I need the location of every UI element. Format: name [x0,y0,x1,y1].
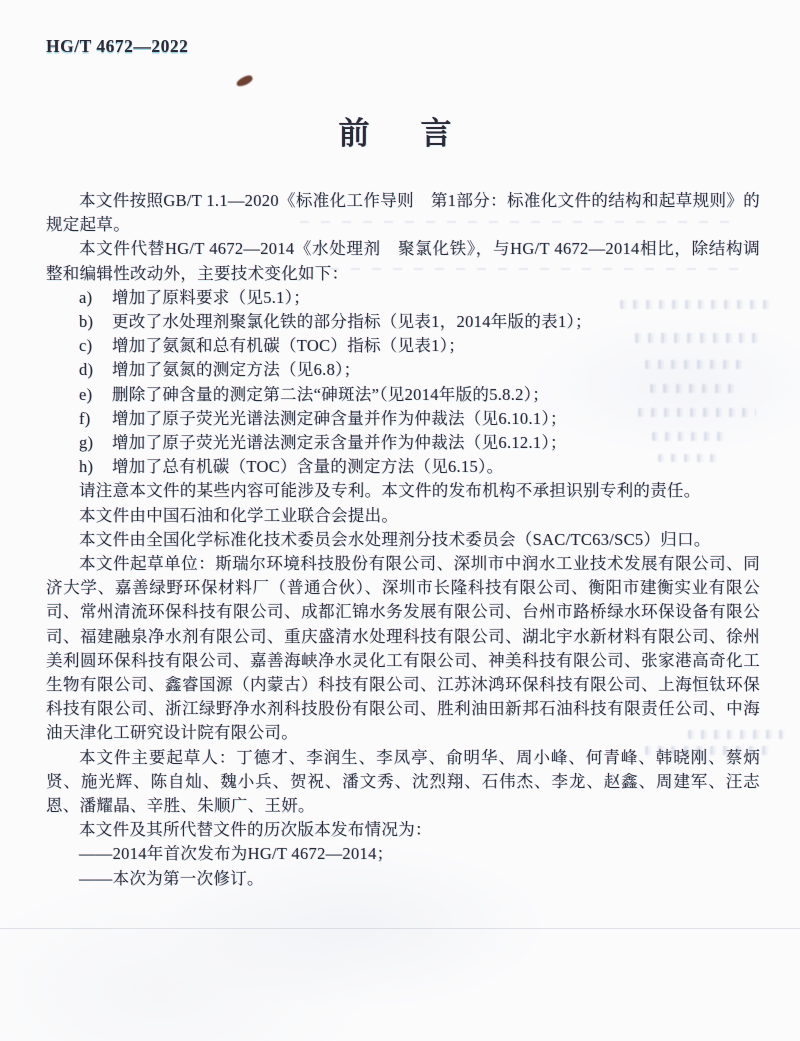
centralizing-committee: 本文件由全国化学标准化技术委员会水处理剂分技术委员会（SAC/TC63/SC5）… [46,528,760,552]
bleed-through-ghost-line [300,221,740,223]
change-item-text: 删除了砷含量的测定第二法“砷斑法”（见2014年版的5.8.2）； [112,385,549,404]
change-item-text: 增加了原子荧光光谱法测定砷含量并作为仲裁法（见6.10.1）； [112,409,567,428]
proposing-organization: 本文件由中国石油和化学工业联合会提出。 [46,504,760,528]
bleed-through-ghost-text [635,333,765,343]
change-item-label: h) [79,455,112,479]
change-item-label: g) [79,431,112,455]
bleed-through-ghost-text [650,384,735,393]
change-item-label: f) [79,407,112,431]
bleed-through-ghost-text [620,300,770,309]
bleed-through-ghost-text [658,454,720,462]
bleed-through-ghost-text [645,360,745,369]
replacement-paragraph: 本文件代替HG/T 4672—2014《水处理剂 聚氯化铁》，与HG/T 467… [46,237,760,285]
change-item-text: 增加了总有机碳（TOC）含量的测定方法（见6.15）。 [112,457,503,476]
history-item-first-release: ——2014年首次发布为HG/T 4672—2014； [46,842,760,866]
scanned-standard-page: HG/T 4672—2022 前 言 本文件按照GB/T 1.1—2020《标准… [0,0,800,1041]
history-intro: 本文件及其所代替文件的历次版本发布情况为： [46,818,760,842]
change-item-label: d) [79,358,112,382]
scan-crease-line [0,928,800,929]
change-item-text: 增加了原子荧光光谱法测定汞含量并作为仲裁法（见6.12.1）； [112,433,567,452]
intro-paragraph: 本文件按照GB/T 1.1—2020《标准化工作导则 第1部分：标准化文件的结构… [46,189,760,237]
change-item-text: 更改了水处理剂聚氯化铁的部分指标（见表1，2014年版的表1）； [112,312,592,331]
change-item-label: e) [79,383,112,407]
change-item-label: c) [79,334,112,358]
bleed-through-ghost-line [330,268,740,270]
history-item-revision: ——本次为第一次修订。 [46,867,760,891]
patent-notice: 请注意本文件的某些内容可能涉及专利。本文件的发布机构不承担识别专利的责任。 [46,479,760,503]
change-item-label: a) [79,286,112,310]
ink-smudge-mark [235,74,254,88]
bleed-through-ghost-text [652,432,730,441]
change-item-h: h)增加了总有机碳（TOC）含量的测定方法（见6.15）。 [46,455,760,479]
bleed-through-ghost-text [688,730,784,739]
bleed-through-ghost-text [645,746,773,755]
foreword-title: 前 言 [0,108,800,153]
main-drafters-paragraph: 本文件主要起草人：丁德才、李润生、李凤亭、俞明华、周小峰、何青峰、韩晓刚、蔡炳贤… [46,746,760,819]
change-item-text: 增加了原料要求（见5.1）； [112,288,310,307]
change-item-b: b)更改了水处理剂聚氯化铁的部分指标（见表1，2014年版的表1）； [46,310,760,334]
standard-code: HG/T 4672—2022 [46,36,188,57]
change-item-text: 增加了氨氮的测定方法（见6.8）； [112,360,360,379]
drafting-units-paragraph: 本文件起草单位：斯瑞尔环境科技股份有限公司、深圳市中润水工业技术发展有限公司、同… [46,552,760,746]
change-item-text: 增加了氨氮和总有机碳（TOC）指标（见表1）； [112,336,465,355]
bleed-through-ghost-text [638,408,756,417]
change-item-label: b) [79,310,112,334]
foreword-body: 本文件按照GB/T 1.1—2020《标准化工作导则 第1部分：标准化文件的结构… [46,189,760,891]
